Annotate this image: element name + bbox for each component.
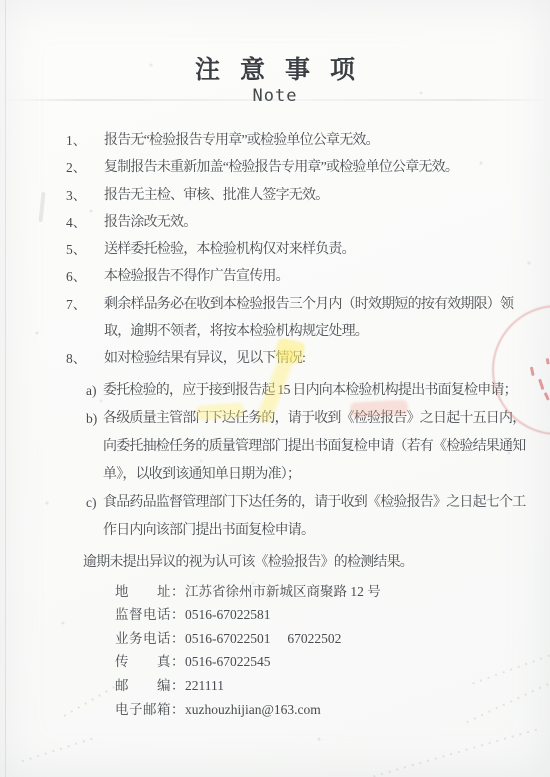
contact-row-fax: 传 真：0516-67022545 bbox=[115, 650, 550, 674]
contact-value: 0516-67022581 bbox=[185, 607, 271, 622]
sub-item-text: 食品药品监督管理部门下达任务的，请于收到《检验报告》之日起七个工 bbox=[103, 489, 550, 517]
item-number: 7、 bbox=[66, 291, 104, 346]
scan-streak bbox=[373, 729, 537, 777]
list-item: 1、 报告无“检验报告专用章”或检验单位公章无效。 bbox=[0, 127, 550, 154]
list-item: 4、 报告涂改无效。 bbox=[0, 209, 550, 236]
scanned-document-page: 注意事项 Note 1、 报告无“检验报告专用章”或检验单位公章无效。 2、 复… bbox=[0, 0, 550, 777]
item-text: 如对检验结果有异议，见以下情况: bbox=[104, 345, 550, 372]
closing-statement: 逾期未提出异议的视为认可该《检验报告》的检测结果。 bbox=[83, 549, 550, 577]
sub-item: b) 各级质量主管部门下达任务的，请于收到《检验报告》之日起十五日内， 向委托抽… bbox=[0, 405, 550, 489]
sub-item-label: c) bbox=[86, 489, 103, 545]
contact-value: 0516-67022545 bbox=[185, 654, 271, 669]
item-text: 取，逾期不领者，将按本检验机构规定处理。 bbox=[104, 318, 550, 345]
sub-item-text: 单》，以收到该通知单日期为准）； bbox=[103, 461, 550, 489]
sub-item: c) 食品药品监督管理部门下达任务的，请于收到《检验报告》之日起七个工 作日内向… bbox=[0, 489, 550, 545]
contact-label: 地 址： bbox=[115, 584, 185, 599]
item-text: 复制报告未重新加盖“检验报告专用章”或检验单位公章无效。 bbox=[104, 154, 550, 181]
item-number: 2、 bbox=[66, 154, 104, 181]
sub-item-label: b) bbox=[86, 405, 103, 489]
item-number: 8、 bbox=[66, 345, 104, 372]
sub-item-text: 各级质量主管部门下达任务的，请于收到《检验报告》之日起十五日内， bbox=[103, 405, 550, 433]
list-item: 5、 送样委托检验，本检验机构仅对来样负责。 bbox=[0, 236, 550, 263]
item-number: 4、 bbox=[66, 209, 104, 236]
item-text: 送样委托检验，本检验机构仅对来样负责。 bbox=[104, 236, 550, 263]
item-text: 报告涂改无效。 bbox=[104, 209, 550, 236]
contact-row-supervision-phone: 监督电话：0516-67022581 bbox=[115, 603, 550, 627]
item-number: 3、 bbox=[66, 182, 104, 209]
contact-label: 电子邮箱： bbox=[115, 702, 185, 717]
contact-value: 0516-67022501 67022502 bbox=[185, 631, 341, 646]
scan-streak bbox=[22, 736, 99, 763]
contact-label: 邮 编： bbox=[115, 678, 185, 693]
contact-label: 业务电话： bbox=[115, 631, 185, 646]
contact-value: xuzhouzhijian@163.com bbox=[185, 702, 321, 717]
page-title: 注意事项 bbox=[0, 0, 550, 86]
contact-value: 221111 bbox=[185, 678, 224, 693]
sub-item-text: 向委托抽检任务的质量管理部门提出书面复检申请（若有《检验结果通知 bbox=[103, 433, 550, 461]
list-item: 6、 本检验报告不得作广告宣传用。 bbox=[0, 263, 550, 290]
notice-list: 1、 报告无“检验报告专用章”或检验单位公章无效。 2、 复制报告未重新加盖“检… bbox=[0, 127, 550, 373]
contact-row-email: 电子邮箱：xuzhouzhijian@163.com bbox=[115, 698, 550, 722]
list-item: 7、 剩余样品务必在收到本检验报告三个月内（时效期短的按有效期限）领 取，逾期不… bbox=[0, 291, 550, 346]
contact-row-business-phone: 业务电话：0516-67022501 67022502 bbox=[115, 627, 550, 651]
item-number: 1、 bbox=[66, 127, 104, 154]
contact-label: 传 真： bbox=[115, 654, 185, 669]
item-number: 6、 bbox=[66, 263, 104, 290]
list-item: 3、 报告无主检、审核、批准人签字无效。 bbox=[0, 182, 550, 209]
list-item: 8、 如对检验结果有异议，见以下情况: bbox=[0, 345, 550, 372]
list-item: 2、 复制报告未重新加盖“检验报告专用章”或检验单位公章无效。 bbox=[0, 154, 550, 181]
contact-value: 江苏省徐州市新城区商聚路 12 号 bbox=[185, 584, 381, 599]
sub-list: a) 委托检验的，应于接到报告起 15 日内向本检验机构提出书面复检申请； b)… bbox=[0, 377, 550, 545]
item-text: 报告无主检、审核、批准人签字无效。 bbox=[104, 182, 550, 209]
item-text: 本检验报告不得作广告宣传用。 bbox=[104, 263, 550, 290]
sub-item-text: 作日内向该部门提出书面复检申请。 bbox=[103, 517, 550, 545]
item-text: 剩余样品务必在收到本检验报告三个月内（时效期短的按有效期限）领 bbox=[104, 291, 550, 318]
contact-row-address: 地 址：江苏省徐州市新城区商聚路 12 号 bbox=[115, 580, 550, 604]
item-text: 报告无“检验报告专用章”或检验单位公章无效。 bbox=[104, 127, 550, 154]
item-number: 5、 bbox=[66, 236, 104, 263]
contact-block: 地 址：江苏省徐州市新城区商聚路 12 号 监督电话：0516-67022581… bbox=[0, 580, 550, 722]
sub-item-text: 委托检验的，应于接到报告起 15 日内向本检验机构提出书面复检申请； bbox=[103, 377, 550, 405]
contact-label: 监督电话： bbox=[115, 607, 185, 622]
contact-row-postcode: 邮 编：221111 bbox=[115, 674, 550, 698]
sub-item-label: a) bbox=[86, 377, 103, 405]
sub-item: a) 委托检验的，应于接到报告起 15 日内向本检验机构提出书面复检申请； bbox=[0, 377, 550, 405]
page-subtitle: Note bbox=[0, 86, 550, 106]
